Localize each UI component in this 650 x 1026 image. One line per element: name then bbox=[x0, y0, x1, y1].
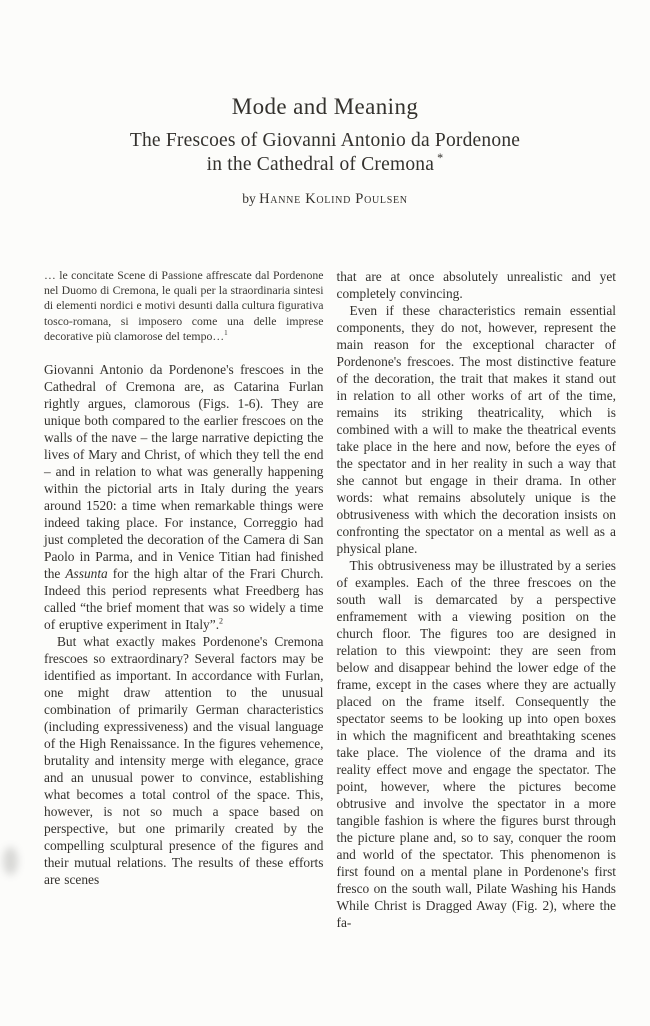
epigraph-quote: … le concitate Scene di Passione affresc… bbox=[44, 268, 324, 344]
author-name: Hanne Kolind Poulsen bbox=[259, 191, 408, 207]
byline: by Hanne Kolind Poulsen bbox=[0, 191, 650, 208]
byline-prefix: by bbox=[242, 191, 256, 206]
footnote-marker-2: 2 bbox=[219, 617, 223, 626]
subtitle-line-2: in the Cathedral of Cremona* bbox=[0, 153, 650, 177]
left-column: … le concitate Scene di Passione affresc… bbox=[44, 268, 324, 931]
body-paragraph-3: that are at once absolutely unrealistic … bbox=[337, 268, 617, 302]
subtitle-line-1: The Frescoes of Giovanni Antonio da Pord… bbox=[0, 129, 650, 153]
document-page: Mode and Meaning The Frescoes of Giovann… bbox=[0, 0, 650, 1026]
subtitle-line-2-text: in the Cathedral of Cremona bbox=[207, 154, 434, 175]
two-column-text-block: … le concitate Scene di Passione affresc… bbox=[44, 268, 616, 931]
body-paragraph-5: This obtrusiveness may be illustrated by… bbox=[337, 557, 617, 931]
epigraph-quote-text: … le concitate Scene di Passione affresc… bbox=[44, 268, 324, 343]
body-paragraph-2: But what exactly makes Pordenone's Cremo… bbox=[44, 633, 324, 888]
article-title: Mode and Meaning bbox=[0, 94, 650, 120]
footnote-marker-1: 1 bbox=[224, 329, 228, 337]
body-paragraph-4: Even if these characteristics remain ess… bbox=[337, 302, 617, 557]
italic-work-title: Assunta bbox=[65, 566, 107, 581]
body-paragraph-1-text: Giovanni Antonio da Pordenone's frescoes… bbox=[44, 362, 324, 581]
article-subtitle: The Frescoes of Giovanni Antonio da Pord… bbox=[0, 129, 650, 176]
body-paragraph-1: Giovanni Antonio da Pordenone's frescoes… bbox=[44, 361, 324, 633]
scan-smudge-artifact bbox=[3, 847, 18, 875]
title-footnote-marker: * bbox=[437, 151, 443, 165]
right-column: that are at once absolutely unrealistic … bbox=[337, 268, 617, 931]
